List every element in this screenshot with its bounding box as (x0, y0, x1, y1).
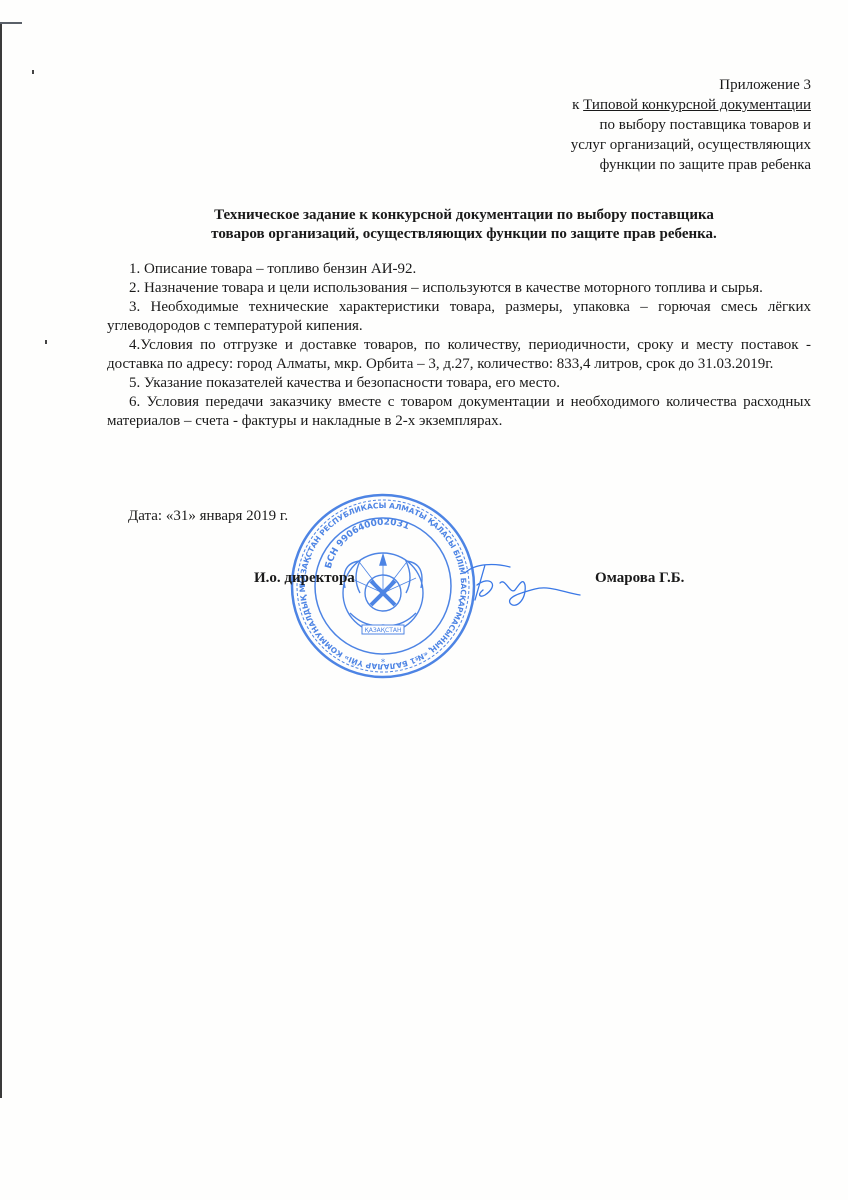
title-line-1: Техническое задание к конкурсной докумен… (0, 206, 848, 225)
appendix-line-2: к Типовой конкурсной документации (571, 95, 811, 115)
document-title: Техническое задание к конкурсной докумен… (0, 206, 848, 244)
scan-edge-top (0, 22, 22, 24)
spec-item-4: 4.Условия по отгрузке и доставке товаров… (107, 336, 811, 374)
signatory-role: И.о. директора (254, 570, 355, 587)
spec-item-1: 1. Описание товара – топливо бензин АИ-9… (107, 260, 811, 279)
spec-item-6: 6. Условия передачи заказчику вместе с т… (107, 393, 811, 431)
spec-item-5: 5. Указание показателей качества и безоп… (107, 374, 811, 393)
handwritten-signature-icon (455, 555, 585, 615)
appendix-line-4: услуг организаций, осуществляющих (571, 135, 811, 155)
signatory-name: Омарова Г.Б. (595, 570, 684, 587)
scan-edge-left (0, 22, 2, 1098)
document-page: Приложение 3 к Типовой конкурсной докуме… (0, 0, 848, 1200)
svg-text:*: * (381, 658, 386, 668)
specification-items: 1. Описание товара – топливо бензин АИ-9… (107, 260, 811, 431)
spec-item-2: 2. Назначение товара и цели использовани… (107, 279, 811, 298)
scan-speck (45, 340, 47, 344)
title-line-2: товаров организаций, осуществляющих функ… (0, 225, 848, 244)
svg-text:ҚАЗАҚСТАН: ҚАЗАҚСТАН (364, 627, 401, 634)
appendix-prefix: к (572, 97, 583, 113)
spec-item-3: 3. Необходимые технические характеристик… (107, 298, 811, 336)
appendix-line-1: Приложение 3 (571, 75, 811, 95)
standard-tender-docs-link[interactable]: Типовой конкурсной документации (583, 97, 811, 113)
appendix-line-5: функции по защите прав ребенка (571, 155, 811, 175)
scan-speck (32, 70, 34, 74)
appendix-line-3: по выбору поставщика товаров и (571, 115, 811, 135)
appendix-header: Приложение 3 к Типовой конкурсной докуме… (571, 75, 811, 175)
document-date: Дата: «31» января 2019 г. (128, 508, 288, 525)
